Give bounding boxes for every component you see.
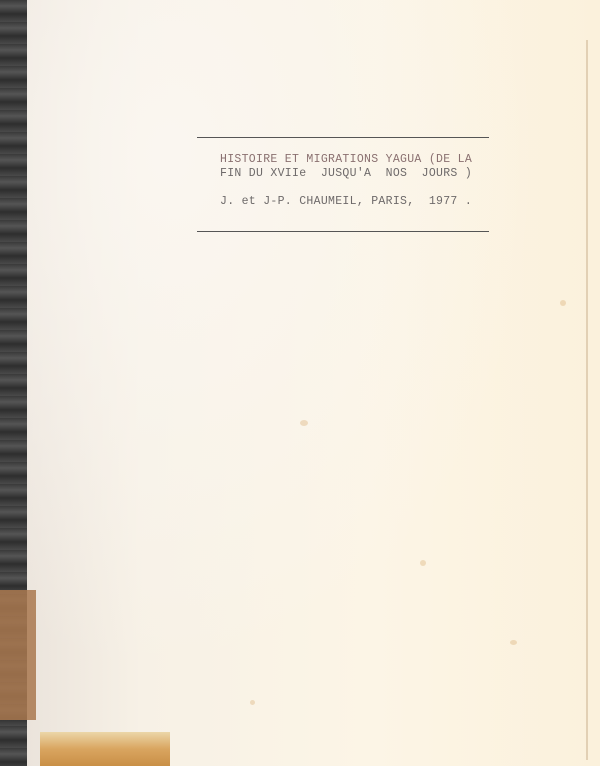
stain: [300, 420, 308, 426]
title-line-1: HISTOIRE ET MIGRATIONS YAGUA (DE LA: [220, 152, 472, 167]
document-page: [27, 0, 600, 766]
stain: [250, 700, 255, 705]
stain: [510, 640, 517, 645]
page-edge: [586, 40, 588, 760]
stain: [420, 560, 426, 566]
title-line-2: FIN DU XVIIe JUSQU'A NOS JOURS ): [220, 166, 472, 181]
author-line: J. et J-P. CHAUMEIL, PARIS, 1977 .: [220, 194, 472, 209]
tape-strip-bottom: [40, 732, 170, 766]
tape-strip-left: [0, 590, 36, 720]
bottom-rule: [197, 231, 489, 232]
stain: [560, 300, 566, 306]
top-rule: [197, 137, 489, 138]
